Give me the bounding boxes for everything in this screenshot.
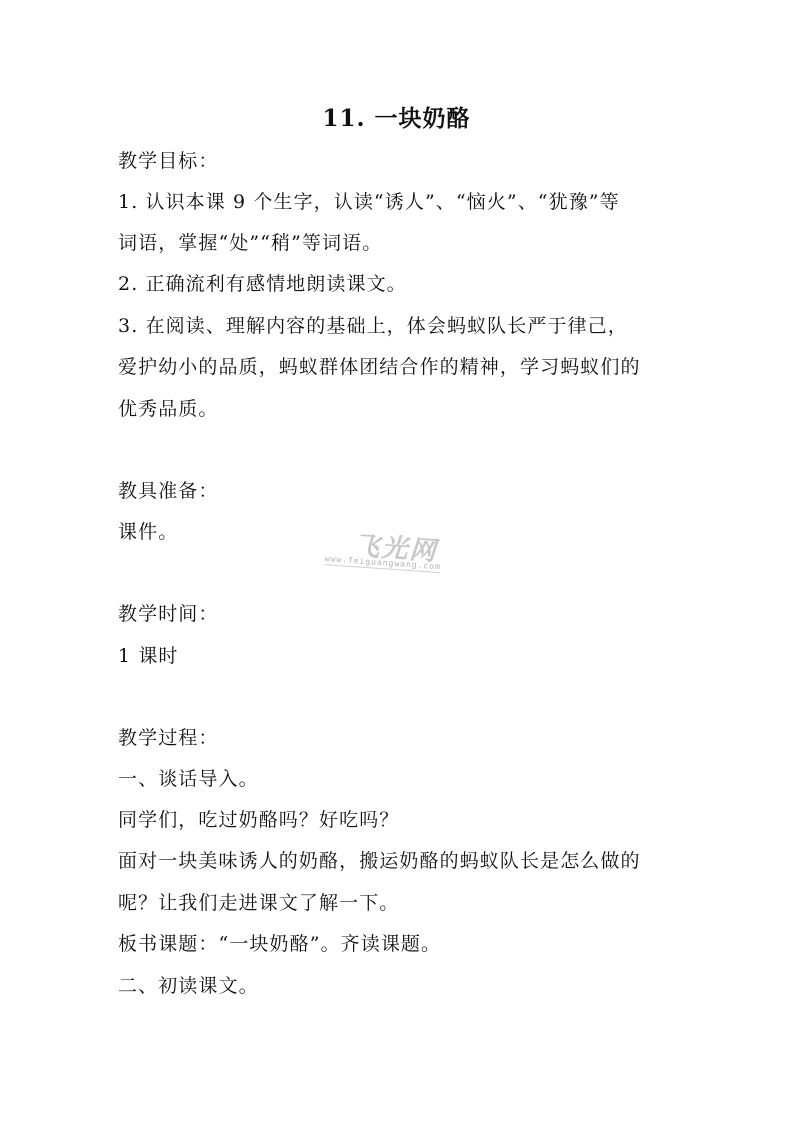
objective-1-continued: 词语，掌握“处”“稍”等词语。 bbox=[118, 230, 382, 256]
process-step-1-heading: 一、谈话导入。 bbox=[118, 766, 259, 792]
objective-3-continued: 爱护幼小的品质，蚂蚁群体团结合作的精神，学习蚂蚁们的 bbox=[118, 354, 641, 380]
document-title: 11. 一块奶酪 bbox=[0, 100, 793, 133]
section-heading-objectives: 教学目标： bbox=[118, 148, 219, 174]
process-step-2-heading: 二、初读课文。 bbox=[118, 973, 259, 999]
process-paragraph: 呢？让我们走进课文了解一下。 bbox=[118, 890, 399, 916]
objective-2: 2. 正确流利有感情地朗读课文。 bbox=[118, 271, 407, 297]
objective-3-end: 优秀品质。 bbox=[118, 396, 219, 422]
objective-1: 1. 认识本课 9 个生字，认读“诱人”、“恼火”、“犹豫”等 bbox=[118, 189, 620, 215]
section-heading-time: 教学时间： bbox=[118, 601, 219, 627]
watermark-logo: 飞光网 www.feiguangwang.com bbox=[323, 523, 467, 593]
materials-content: 课件。 bbox=[118, 519, 178, 545]
time-content: 1 课时 bbox=[118, 643, 179, 669]
process-paragraph: 面对一块美味诱人的奶酪，搬运奶酪的蚂蚁队长是怎么做的 bbox=[118, 848, 641, 874]
process-paragraph: 同学们，吃过奶酪吗？好吃吗？ bbox=[118, 807, 399, 833]
section-heading-materials: 教具准备： bbox=[118, 478, 219, 504]
section-heading-process: 教学过程： bbox=[118, 725, 219, 751]
process-paragraph: 板书课题：“一块奶酪”。齐读课题。 bbox=[118, 931, 441, 957]
objective-3: 3. 在阅读、理解内容的基础上，体会蚂蚁队长严于律己， bbox=[118, 313, 628, 339]
